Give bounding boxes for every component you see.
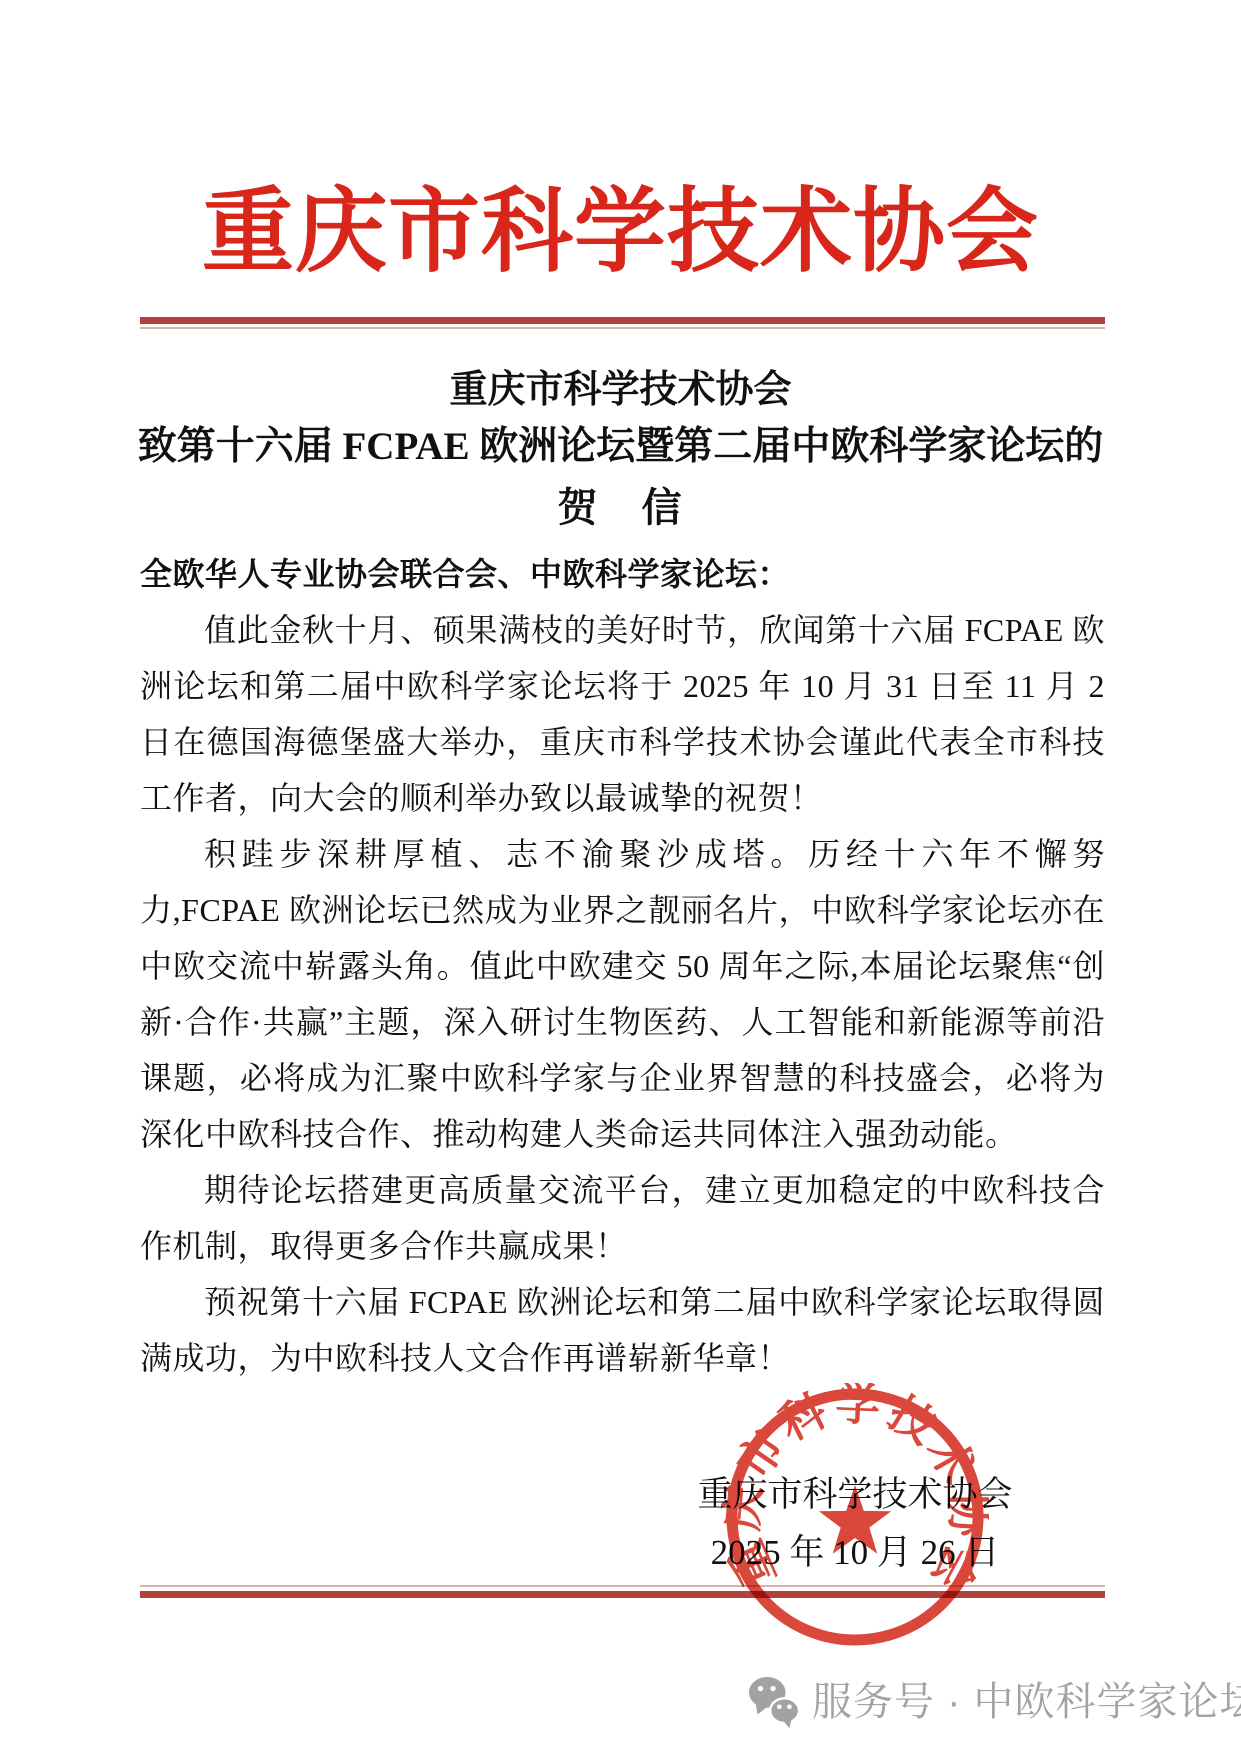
doc-title-letter-type: 贺 信 [0, 483, 1241, 533]
salutation: 全欧华人专业协会联合会、中欧科学家论坛： [140, 546, 1105, 602]
body-paragraph: 预祝第十六届 FCPAE 欧洲论坛和第二届中欧科学家论坛取得圆满成功，为中欧科技… [140, 1274, 1105, 1386]
body-paragraph: 值此金秋十月、硕果满枝的美好时节，欣闻第十六届 FCPAE 欧洲论坛和第二届中欧… [140, 602, 1105, 826]
letter-body: 全欧华人专业协会联合会、中欧科学家论坛： 值此金秋十月、硕果满枝的美好时节，欣闻… [140, 546, 1105, 1386]
seal-graphic: 重庆市科学技术协会 [721, 1383, 989, 1651]
body-paragraph: 积跬步深耕厚植、志不渝聚沙成塔。历经十六年不懈努力,FCPAE 欧洲论坛已然成为… [140, 826, 1105, 1162]
wechat-icon [748, 1675, 800, 1729]
letter-page: 重庆市科学技术协会 重庆市科学技术协会 致第十六届 FCPAE 欧洲论坛暨第二届… [0, 0, 1241, 1754]
header-rule [140, 317, 1105, 329]
wechat-account-footer: 服务号 · 中欧科学家论坛 [748, 1674, 1241, 1730]
letterhead-title: 重庆市科学技术协会 [0, 184, 1241, 280]
header-rule-thick [140, 317, 1105, 324]
header-rule-thin [140, 327, 1105, 329]
body-paragraph: 期待论坛搭建更高质量交流平台，建立更加稳定的中欧科技合作机制，取得更多合作共赢成… [140, 1162, 1105, 1274]
doc-title-org: 重庆市科学技术协会 [0, 367, 1241, 413]
footer-account-label: 服务号 · 中欧科学家论坛 [812, 1674, 1241, 1730]
star-icon [819, 1485, 891, 1554]
official-seal: 重庆市科学技术协会 [721, 1383, 989, 1651]
doc-title-recipient: 致第十六届 FCPAE 欧洲论坛暨第二届中欧科学家论坛的 [0, 422, 1241, 472]
